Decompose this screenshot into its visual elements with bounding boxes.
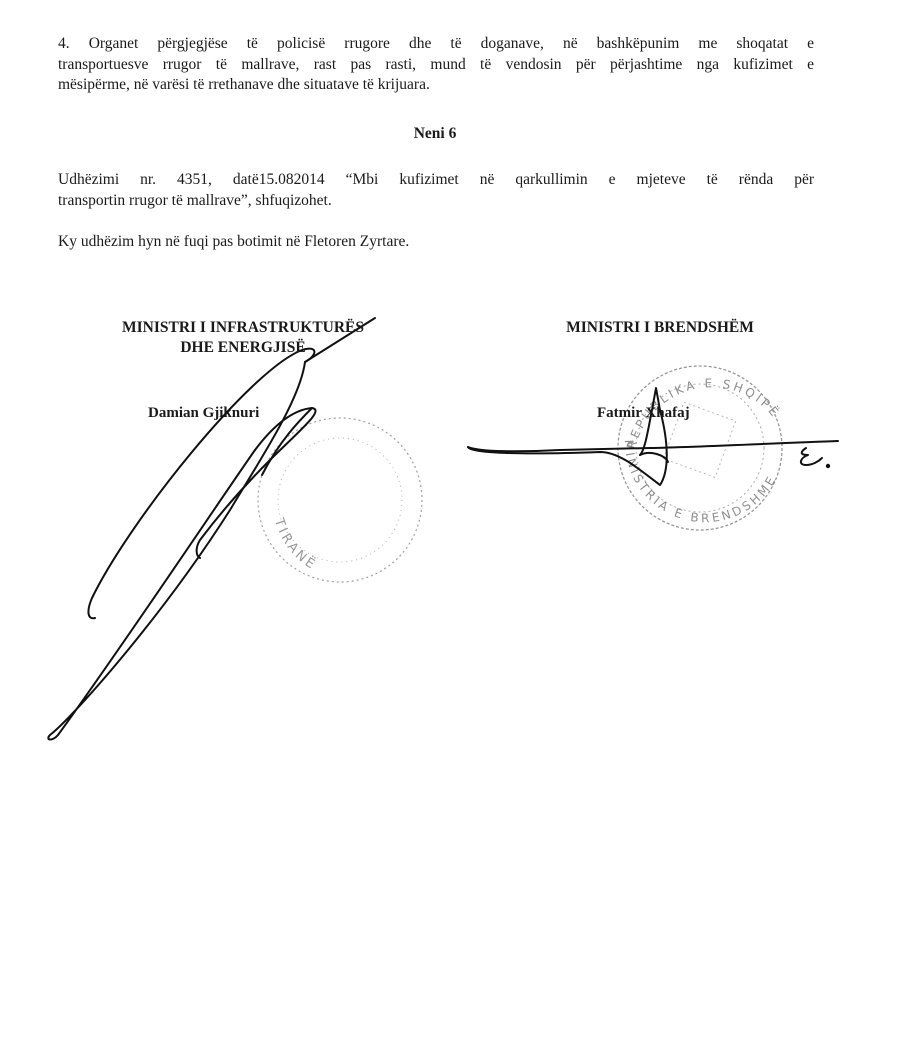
title-line: MINISTRI I INFRASTRUKTURËS [88, 318, 398, 338]
stamp-left-icon: TIRANË [258, 418, 422, 582]
title-line: MINISTRI I BRENDSHËM [540, 318, 780, 338]
signatory-right-title: MINISTRI I BRENDSHËM [540, 318, 780, 338]
signatory-left-name: Damian Gjiknuri [148, 405, 259, 422]
stamp-right-text-bottom: MINISTRIA E BRENDSHME [622, 439, 780, 525]
paragraph-line: mësipërme, në varësi të rrethanave dhe s… [58, 75, 814, 96]
paragraph-4: 4. Organet përgjegjëse të policisë rrugo… [58, 34, 814, 96]
svg-text:MINISTRIA E BRENDSHME: MINISTRIA E BRENDSHME [622, 439, 780, 525]
paragraph-line: Ky udhëzim hyn në fuqi pas botimit në Fl… [58, 232, 814, 253]
svg-text:TIRANË: TIRANË [271, 516, 320, 574]
signatory-right-name: Fatmir Xhafaj [597, 405, 690, 422]
article-heading: Neni 6 [0, 125, 870, 143]
paragraph-line: transportuesve rrugor të mallrave, rast … [58, 55, 814, 76]
closing-text: Ky udhëzim hyn në fuqi pas botimit në Fl… [58, 232, 814, 253]
paragraph-line: 4. Organet përgjegjëse të policisë rrugo… [58, 34, 814, 55]
stamp-left-text: TIRANË [271, 516, 320, 574]
signatory-left-title: MINISTRI I INFRASTRUKTURËS DHE ENERGJISË [88, 318, 398, 358]
title-line: DHE ENERGJISË [88, 338, 398, 358]
signature-right-icon [468, 388, 838, 485]
signatures-and-stamps: TIRANË REPUBLIKA E SHQIPËRISË MINISTRIA … [0, 0, 900, 1041]
article-6-text: Udhëzimi nr. 4351, datë15.082014 “Mbi ku… [58, 170, 814, 211]
paragraph-line: transportin rrugor të mallrave”, shfuqiz… [58, 191, 814, 212]
signature-left-icon [48, 318, 375, 740]
paragraph-line: Udhëzimi nr. 4351, datë15.082014 “Mbi ku… [58, 170, 814, 191]
